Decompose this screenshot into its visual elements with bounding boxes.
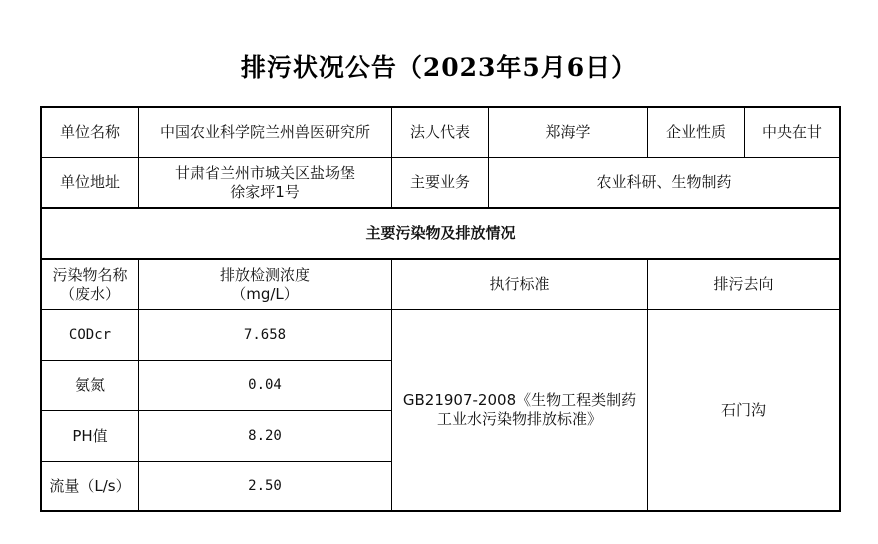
header-destination: 排污去向 [648, 260, 839, 309]
page-title: 排污状况公告（2023年5月6日） [0, 48, 878, 84]
unit-name-label: 单位名称 [42, 108, 138, 157]
nature-label: 企业性质 [648, 108, 744, 157]
pollutant-name: 流量（L/s） [42, 462, 138, 510]
header-pollutant-line1: 污染物名称 [52, 266, 127, 285]
business-label: 主要业务 [392, 158, 488, 207]
unit-name-value: 中国农业科学院兰州兽医研究所 [139, 108, 391, 157]
pollutant-value: 2.50 [139, 462, 391, 510]
pollutant-name: PH值 [42, 411, 138, 461]
standard-line1: GB21907-2008《生物工程类制药 [403, 391, 636, 410]
standard-value: GB21907-2008《生物工程类制药 工业水污染物排放标准》 [392, 310, 647, 510]
address-value: 甘肃省兰州市城关区盐场堡 徐家坪1号 [139, 158, 391, 207]
address-line2: 徐家坪1号 [230, 183, 300, 202]
destination-value: 石门沟 [648, 310, 839, 510]
nature-value: 中央在甘 [745, 108, 839, 157]
legal-rep-label: 法人代表 [392, 108, 488, 157]
header-pollutant: 污染物名称 （废水） [42, 260, 138, 309]
pollutant-name: 氨氮 [42, 361, 138, 410]
address-label: 单位地址 [42, 158, 138, 207]
pollution-table: 单位名称 中国农业科学院兰州兽医研究所 法人代表 郑海学 企业性质 中央在甘 单… [40, 106, 841, 512]
legal-rep-value: 郑海学 [489, 108, 647, 157]
standard-line2: 工业水污染物排放标准》 [437, 410, 602, 429]
header-concentration-line1: 排放检测浓度 [220, 266, 310, 285]
pollutant-value: 8.20 [139, 411, 391, 461]
business-value: 农业科研、生物制药 [489, 158, 839, 207]
address-line1: 甘肃省兰州市城关区盐场堡 [175, 164, 355, 183]
header-standard: 执行标准 [392, 260, 647, 309]
section-title: 主要污染物及排放情况 [42, 209, 839, 258]
header-pollutant-line2: （废水） [60, 285, 120, 304]
pollutant-value: 7.658 [139, 310, 391, 360]
pollutant-name: CODcr [42, 310, 138, 360]
header-concentration: 排放检测浓度 （mg/L） [139, 260, 391, 309]
pollutant-value: 0.04 [139, 361, 391, 410]
header-concentration-line2: （mg/L） [231, 285, 299, 304]
